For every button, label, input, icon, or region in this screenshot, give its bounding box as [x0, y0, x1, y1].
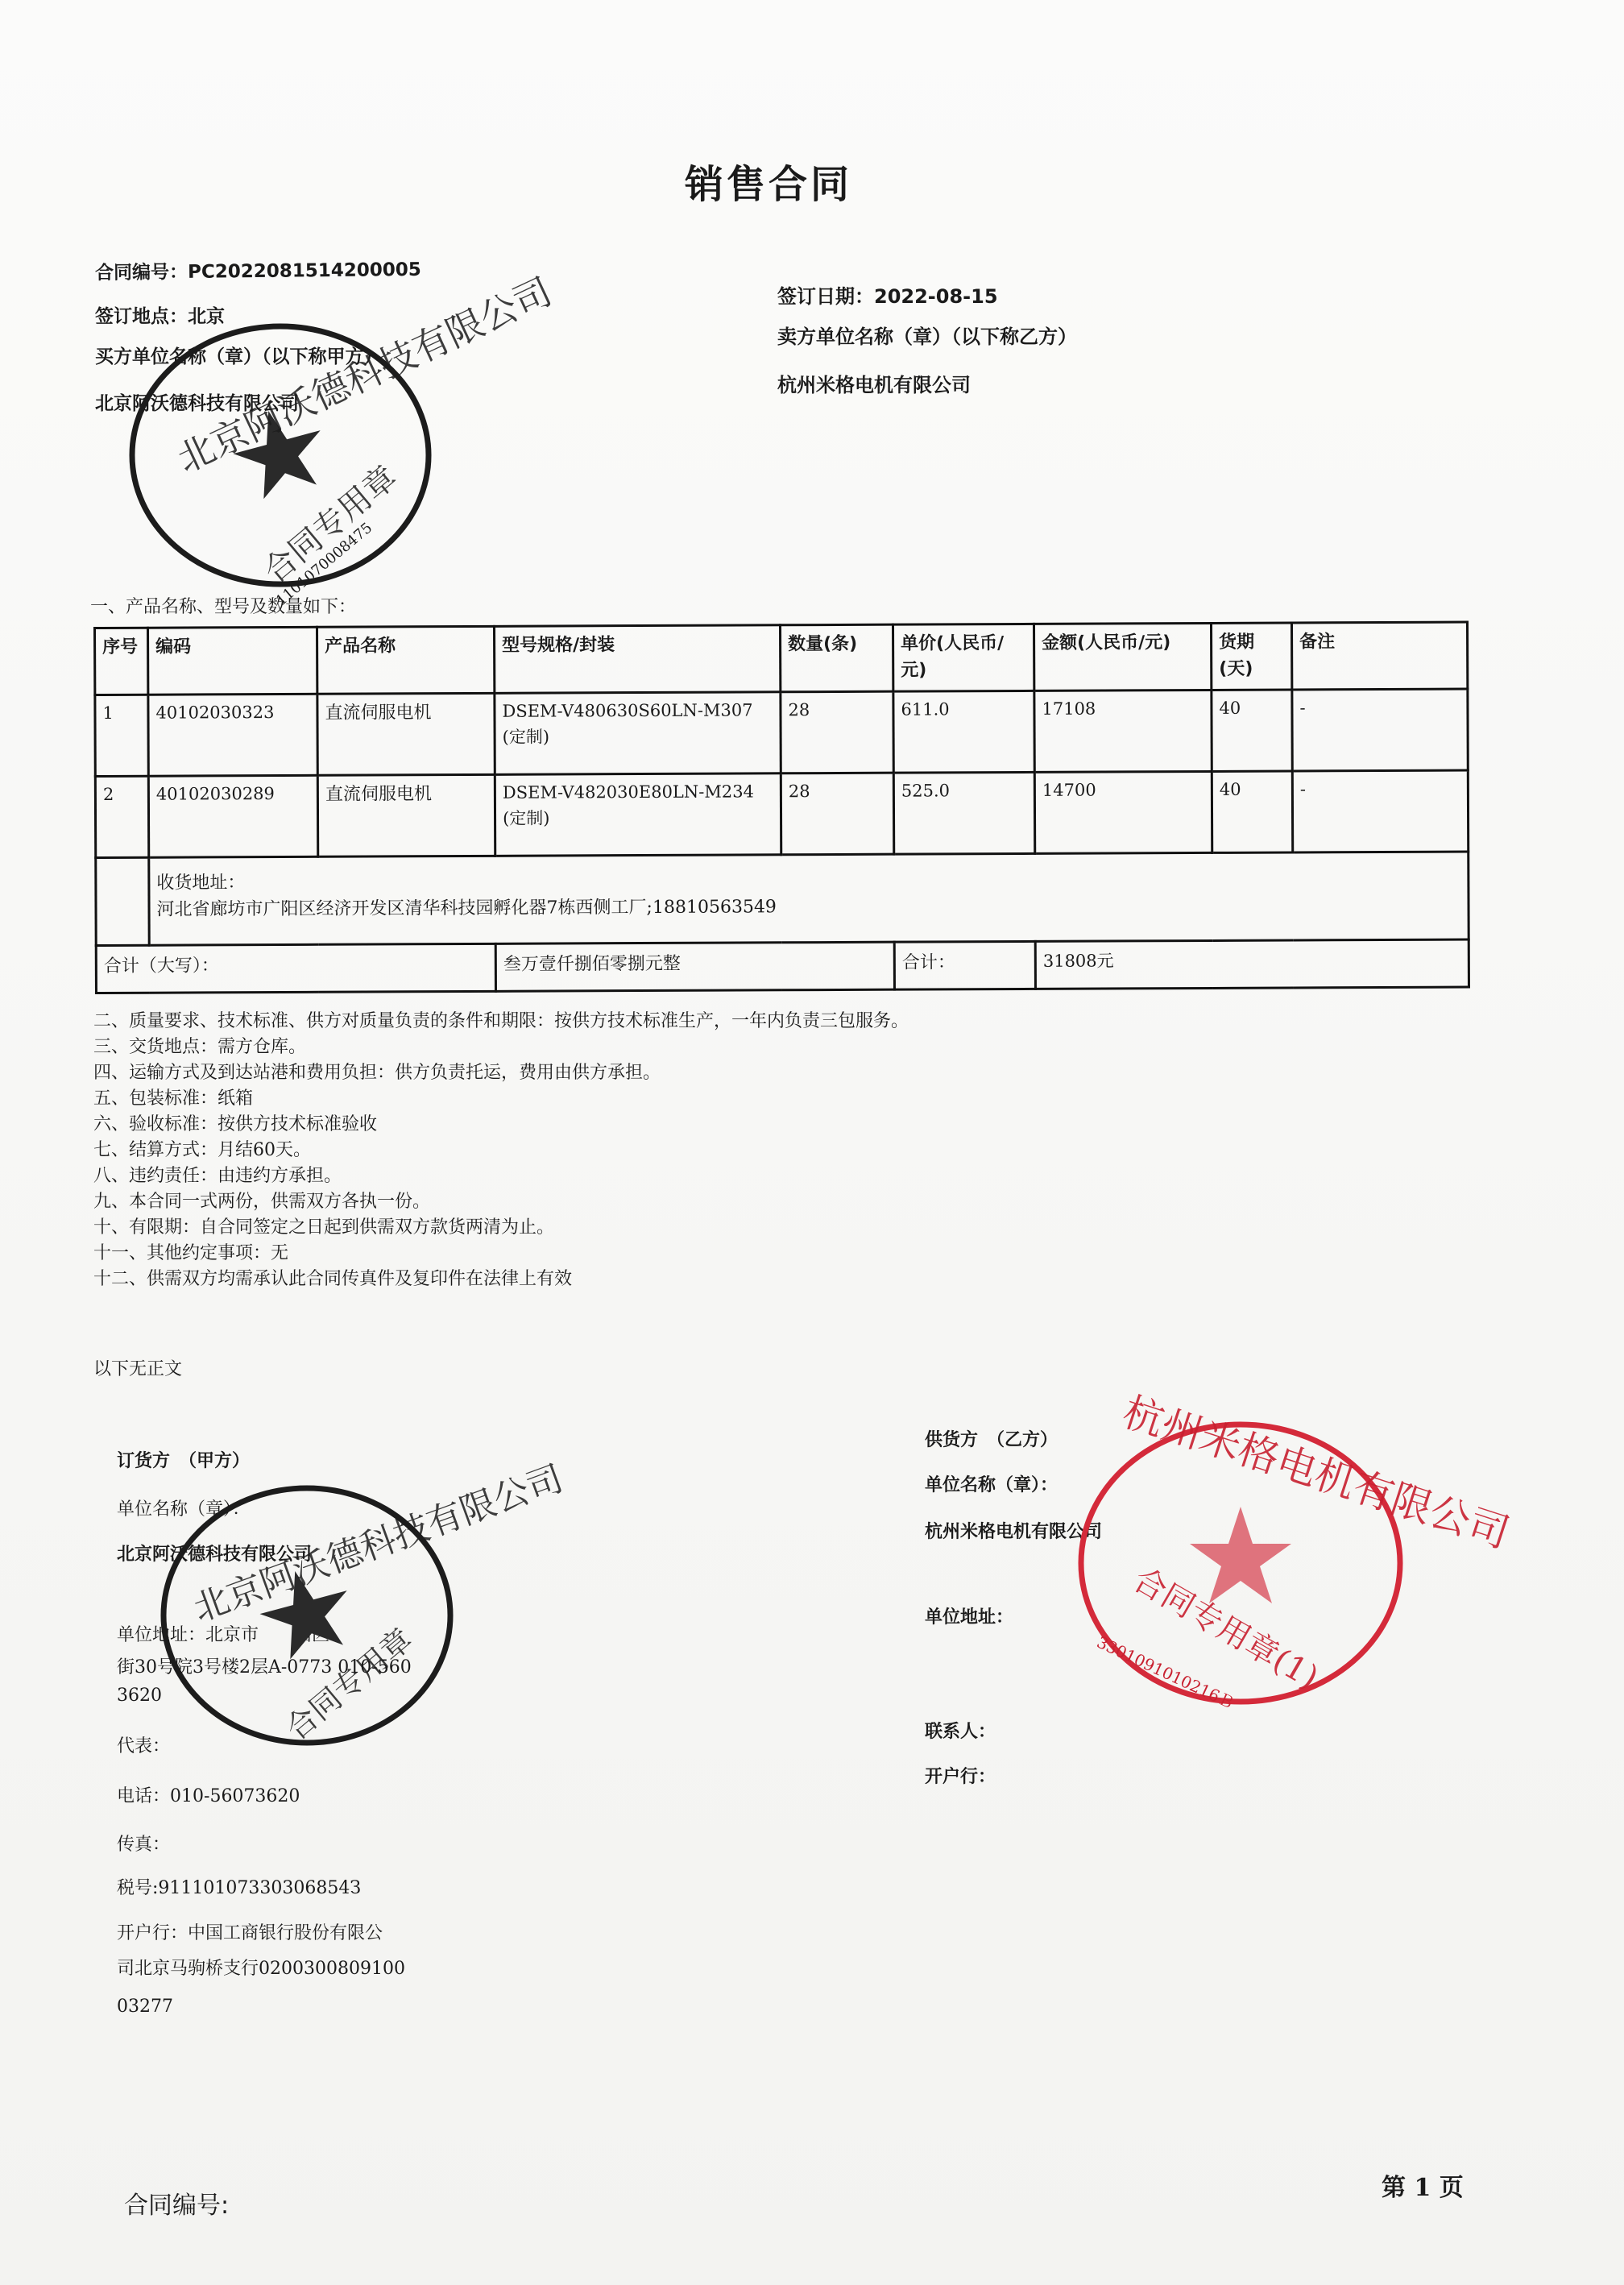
total-upper-label: 合计（大写）： [96, 943, 495, 993]
seller-name: 杭州米格电机有限公司 [777, 369, 971, 397]
cell-lead-days: 40 [1212, 771, 1292, 852]
buyer-bank: 开户行：中国工商银行股份有限公 [117, 1919, 383, 1944]
clause-5: 五、包装标准：纸箱 [93, 1084, 253, 1109]
cell-qty: 28 [781, 773, 893, 855]
header-cell: 金额(人民币/元) [1034, 623, 1211, 690]
contract-page: 销售合同 合同编号：PC2022081514200005 签订地点：北京 买方单… [0, 0, 1624, 2285]
total-value: 31808元 [1035, 939, 1469, 989]
header-cell: 序号 [95, 628, 148, 695]
seller-bank-label: 开户行： [925, 1763, 996, 1788]
contract-number-value: PC2022081514200005 [188, 259, 421, 283]
seller-contact-label: 联系人： [925, 1718, 996, 1743]
document-title: 销售合同 [685, 153, 852, 209]
buyer-tax-value: 91110107330306854З [158, 1878, 361, 1898]
cell-amount: 17108 [1034, 690, 1212, 772]
cell-lead-days: 40 [1212, 690, 1292, 771]
buyer-address-line3: 3620 [117, 1686, 162, 1706]
clause-7: 七、结算方式：月结60天。 [93, 1136, 311, 1161]
delivery-address-cell: 收货地址： 河北省廊坊市广阳区经济开发区清华科技园孵化器7栋西侧工厂;18810… [149, 852, 1469, 945]
sign-date-label: 签订日期： [777, 285, 874, 308]
clause-2: 二、质量要求、技术标准、供方对质量负责的条件和期限：按供方技术标准生产，一年内负… [93, 1007, 909, 1032]
end-of-text-note: 以下无正文 [93, 1355, 182, 1380]
buyer-tax-label: 税号: [117, 1878, 158, 1898]
total-row: 合计（大写）： 叁万壹仟捌佰零捌元整 合计： 31808元 [96, 939, 1469, 993]
cell-note: - [1292, 770, 1468, 852]
cell-price: 611.0 [893, 690, 1034, 773]
buyer-fax-label: 传真： [117, 1831, 170, 1856]
header-cell: 货期(天) [1211, 623, 1291, 690]
clause-12: 十二、供需双方均需承认此合同传真件及复印件在法律上有效 [93, 1265, 572, 1290]
cell-name: 直流伺服电机 [317, 693, 495, 775]
contract-number: 合同编号：PC2022081514200005 [95, 255, 421, 284]
header-cell: 型号规格/封装 [495, 625, 781, 694]
header-cell: 产品名称 [317, 626, 495, 694]
clause-11: 十一、其他约定事项：无 [93, 1239, 288, 1264]
header-cell: 数量(条) [780, 624, 893, 692]
header-cell: 单价(人民币/元) [893, 624, 1034, 691]
buyer-company-seal-top: 北京阿沃德科技有限公司 合同专用章 1101070008475 [127, 322, 433, 588]
clause-10: 十、有限期：自合同签定之日起到供需双方款货两清为止。 [93, 1213, 554, 1238]
section-1-title: 一、产品名称、型号及数量如下： [90, 593, 356, 618]
sign-date-value: 2022-08-15 [874, 285, 998, 308]
cell-note: - [1292, 689, 1468, 771]
buyer-bank-line2: 司北京马驹桥支行0200300809100 [117, 1955, 405, 1980]
seller-heading: 供货方 （乙方） [925, 1426, 1058, 1451]
clause-8: 八、违约责任：由违约方承担。 [93, 1162, 342, 1187]
buyer-tax: 税号:91110107330306854З [117, 1874, 361, 1899]
table-header-row: 序号 编码 产品名称 型号规格/封装 数量(条) 单价(人民币/元) 金额(人民… [95, 622, 1468, 695]
clause-3: 三、交货地点：需方仓库。 [93, 1033, 306, 1058]
buyer-phone: 电话：010-56073620 [117, 1782, 300, 1807]
buyer-company-seal-bottom: 北京阿沃德科技有限公司 合同专用章 [158, 1483, 456, 1748]
product-table: 序号 编码 产品名称 型号规格/封装 数量(条) 单价(人民币/元) 金额(人民… [93, 621, 1470, 994]
cell-price: 525.0 [893, 772, 1034, 854]
footer-contract-number-label: 合同编号: [124, 2185, 229, 2221]
table-row: 1 40102030323 直流伺服电机 DSEM-V480630S60LN-M… [95, 689, 1468, 776]
seller-company-seal: 杭州米格电机有限公司 合同专用章(1) 3301091010216Ｂ [1075, 1418, 1406, 1708]
buyer-phone-label: 电话： [117, 1786, 170, 1806]
buyer-bank-line1: 中国工商银行股份有限公 [188, 1923, 383, 1943]
total-upper-value: 叁万壹仟捌佰零捌元整 [495, 942, 894, 991]
address-spacer-cell [96, 857, 149, 945]
cell-no: 2 [95, 776, 148, 857]
total-label: 合计： [894, 941, 1035, 989]
buyer-phone-value: 010-56073620 [170, 1786, 300, 1806]
page-number: 第 1 页 [1382, 2167, 1464, 2203]
header-cell: 备注 [1291, 622, 1467, 690]
cell-name: 直流伺服电机 [317, 774, 495, 856]
clause-9: 九、本合同一式两份，供需双方各执一份。 [93, 1188, 430, 1213]
seller-label: 卖方单位名称（章）（以下称乙方） [777, 321, 1077, 349]
sign-date: 签订日期：2022-08-15 [777, 280, 998, 309]
seller-address-label: 单位地址： [925, 1603, 1013, 1628]
contract-number-label: 合同编号： [95, 262, 188, 284]
cell-amount: 14700 [1034, 771, 1212, 853]
table-row: 2 40102030289 直流伺服电机 DSEM-V482030E80LN-M… [95, 770, 1468, 857]
clause-6: 六、验收标准：按供方技术标准验收 [93, 1110, 377, 1135]
cell-model: DSEM-V480630S60LN-M307(定制) [495, 692, 781, 775]
cell-no: 1 [95, 695, 148, 776]
header-cell: 编码 [148, 627, 317, 695]
delivery-address-row: 收货地址： 河北省廊坊市广阳区经济开发区清华科技园孵化器7栋西侧工厂;18810… [96, 852, 1469, 945]
cell-code: 40102030323 [148, 694, 317, 776]
clause-4: 四、运输方式及到达站港和费用负担：供方负责托运，费用由供方承担。 [93, 1059, 661, 1084]
cell-code: 40102030289 [148, 775, 317, 857]
cell-qty: 28 [781, 691, 893, 773]
delivery-address-value: 河北省廊坊市广阳区经济开发区清华科技园孵化器7栋西侧工厂;18810563549 [156, 891, 1460, 923]
cell-model: DSEM-V482030E80LN-M234(定制) [495, 773, 781, 856]
seller-unit-name-label: 单位名称（章）： [925, 1471, 1058, 1496]
buyer-heading: 订货方 （甲方） [117, 1447, 250, 1472]
buyer-bank-line3: 03277 [117, 1997, 173, 2017]
buyer-bank-label: 开户行： [117, 1923, 188, 1943]
